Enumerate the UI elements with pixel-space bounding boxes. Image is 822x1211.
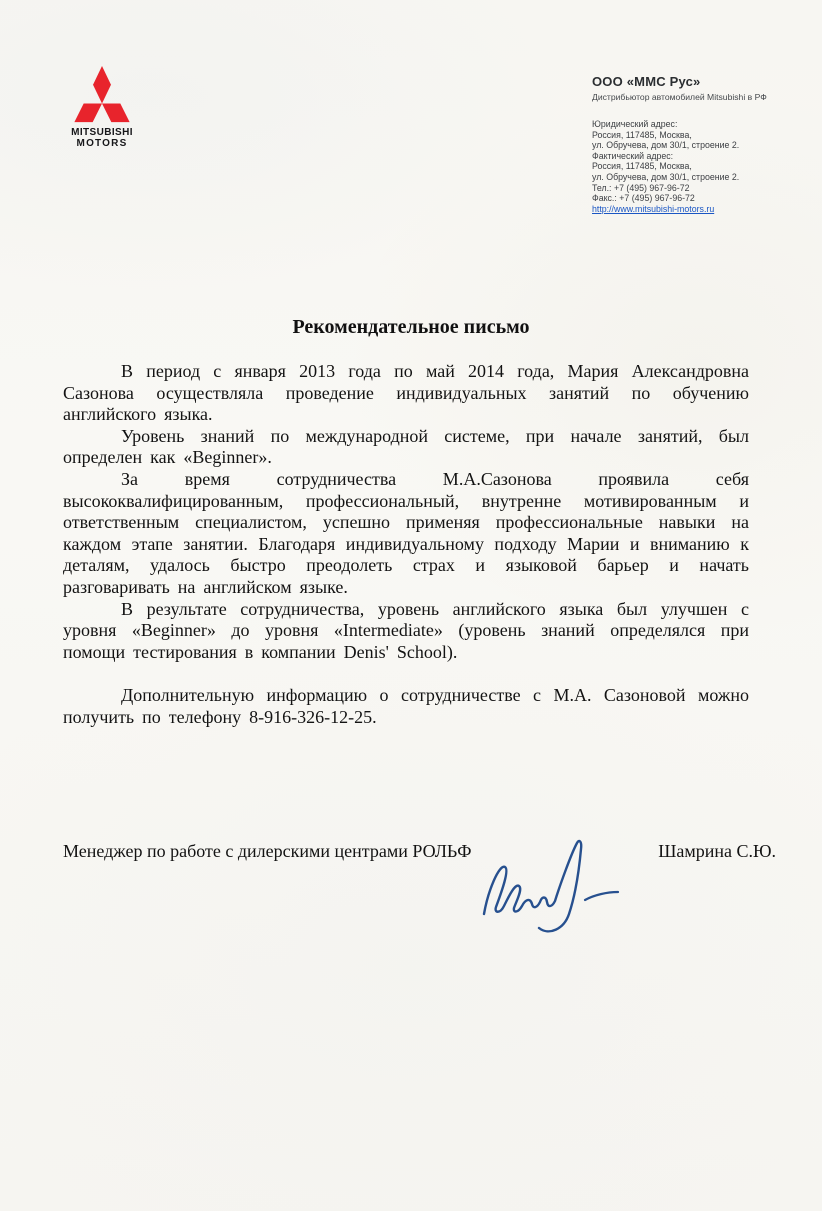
address-line: Юридический адрес: bbox=[592, 119, 792, 130]
signer-name: Шамрина С.Ю. bbox=[658, 841, 776, 862]
mitsubishi-diamonds-icon bbox=[73, 66, 131, 123]
mitsubishi-logo: MITSUBISHI MOTORS bbox=[66, 66, 138, 150]
logo-brand-text: MITSUBISHI bbox=[66, 127, 138, 138]
paragraph-qualities: За время сотрудничества М.А.Сазонова про… bbox=[63, 469, 749, 599]
address-line: Тел.: +7 (495) 967-96-72 bbox=[592, 183, 792, 194]
company-website-link: http://www.mitsubishi-motors.ru bbox=[592, 204, 792, 215]
signature-row: Менеджер по работе с дилерскими центрами… bbox=[63, 841, 776, 862]
company-block: ООО «ММС Рус» Дистрибьютор автомобилей M… bbox=[592, 74, 792, 214]
paragraph-period: В период с января 2013 года по май 2014 … bbox=[63, 361, 749, 426]
signer-role: Менеджер по работе с дилерскими центрами… bbox=[63, 841, 471, 862]
letter-body: В период с января 2013 года по май 2014 … bbox=[63, 361, 749, 728]
company-tagline: Дистрибьютор автомобилей Mitsubishi в РФ bbox=[592, 92, 792, 102]
paragraph-contact: Дополнительную информацию о сотрудничест… bbox=[63, 685, 749, 728]
address-line: ул. Обручева, дом 30/1, строение 2. bbox=[592, 140, 792, 151]
company-name: ООО «ММС Рус» bbox=[592, 74, 792, 89]
address-line: Россия, 117485, Москва, bbox=[592, 161, 792, 172]
logo-sub-text: MOTORS bbox=[66, 138, 138, 150]
paragraph-level: Уровень знаний по международной системе,… bbox=[63, 426, 749, 469]
paragraph-result: В результате сотрудничества, уровень анг… bbox=[63, 599, 749, 664]
address-line: Факс.: +7 (495) 967-96-72 bbox=[592, 193, 792, 204]
address-line: ул. Обручева, дом 30/1, строение 2. bbox=[592, 172, 792, 183]
scanned-letter-page: { "logo": { "brand": "MITSUBISHI", "sub"… bbox=[0, 0, 822, 1211]
company-address: Юридический адрес: Россия, 117485, Москв… bbox=[592, 119, 792, 214]
handwritten-signature-icon bbox=[478, 836, 630, 938]
address-line: Россия, 117485, Москва, bbox=[592, 130, 792, 141]
address-line: Фактический адрес: bbox=[592, 151, 792, 162]
letter-title: Рекомендательное письмо bbox=[0, 316, 822, 339]
